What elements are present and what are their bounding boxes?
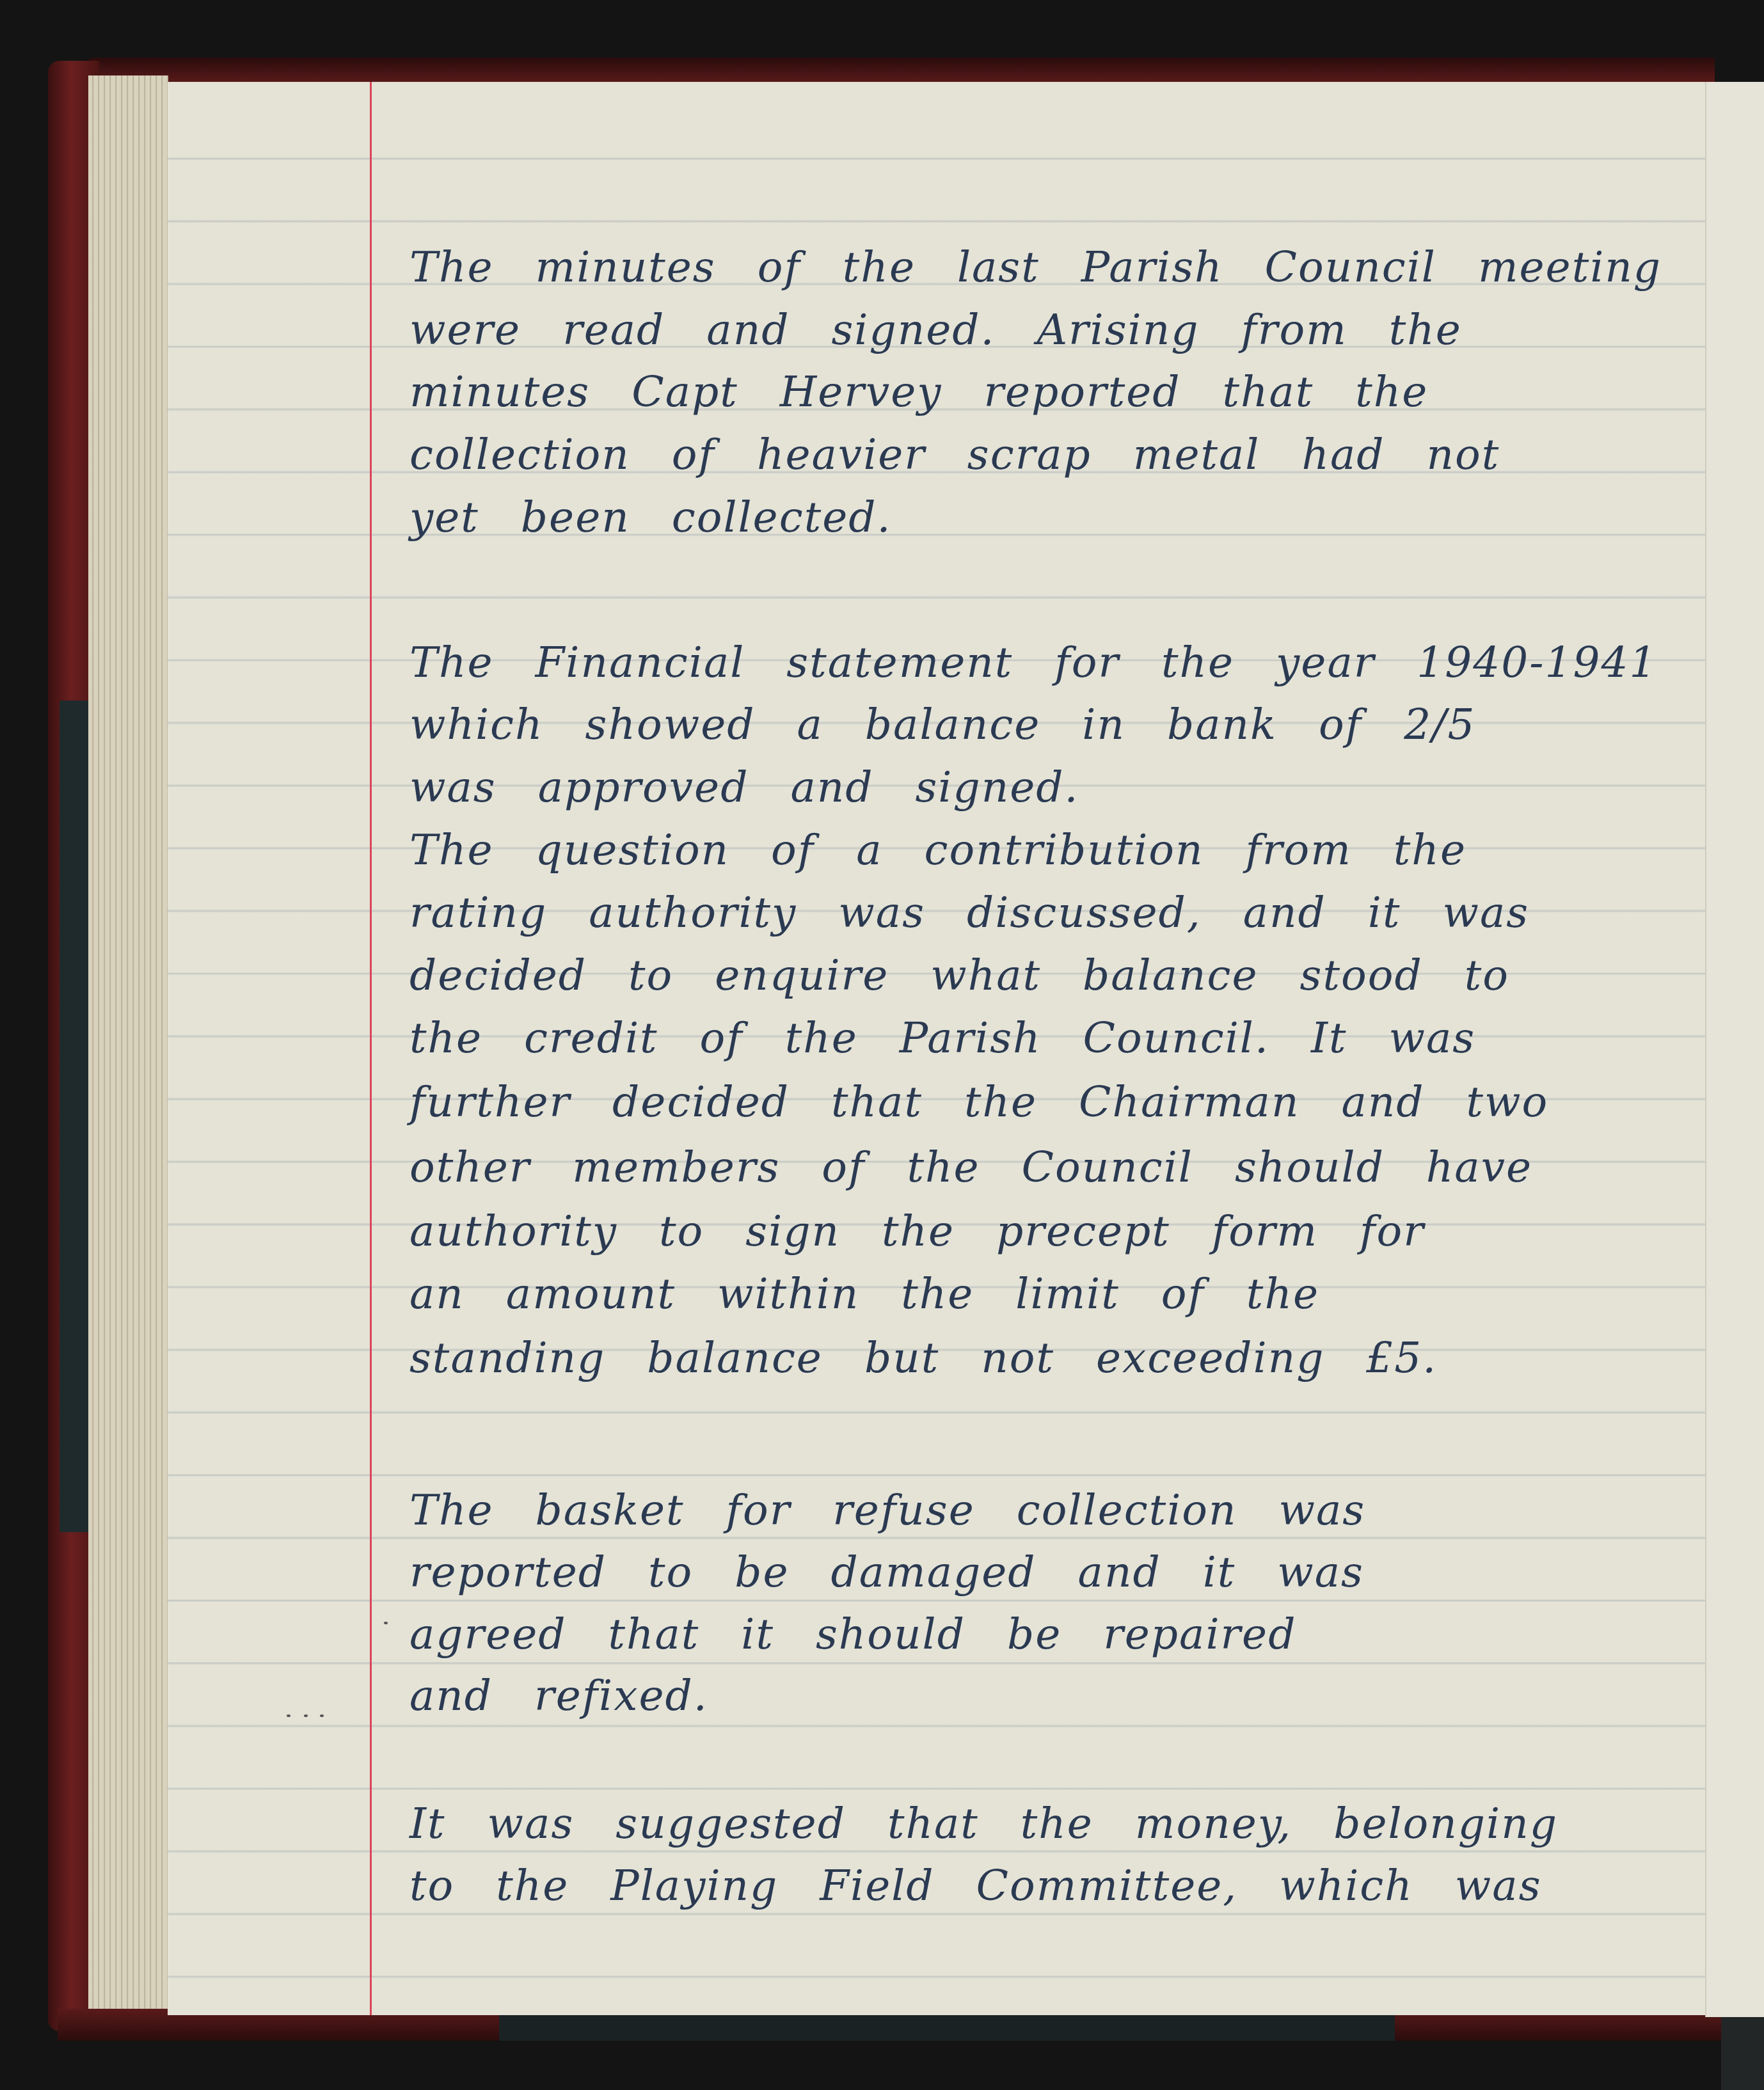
text-line: and refixed. — [409, 1675, 708, 1717]
text-line: were read and signed. Arising from the — [409, 309, 1462, 351]
text-line: decided to enquire what balance stood to — [409, 954, 1509, 997]
text-line: other members of the Council should have — [409, 1146, 1532, 1189]
text-line: which showed a balance in bank of 2/5 — [409, 704, 1475, 746]
text-line: an amount within the limit of the — [409, 1273, 1319, 1315]
text-line: minutes Capt Hervey reported that the — [409, 371, 1428, 413]
text-line: rating authority was discussed, and it w… — [409, 892, 1529, 934]
text-line: authority to sign the precept form for — [409, 1210, 1425, 1253]
ink-speck — [304, 1714, 308, 1717]
text-line: was approved and signed. — [409, 766, 1079, 809]
text-line: to the Playing Field Committee, which wa… — [409, 1865, 1542, 1907]
text-line: The question of a contribution from the — [409, 829, 1466, 871]
text-line: It was suggested that the money, belongi… — [409, 1803, 1558, 1845]
text-line: The basket for refuse collection was — [409, 1489, 1365, 1532]
book-top-edge — [90, 58, 1715, 83]
text-line: The Financial statement for the year 194… — [409, 642, 1658, 684]
text-line: yet been collected. — [409, 496, 891, 539]
text-line: standing balance but not exceeding £5. — [409, 1337, 1437, 1379]
text-line: the credit of the Parish Council. It was — [409, 1017, 1475, 1059]
ink-speck — [287, 1714, 290, 1717]
text-line: collection of heavier scrap metal had no… — [409, 434, 1500, 476]
text-line: further decided that the Chairman and tw… — [409, 1081, 1548, 1123]
margin-rule — [370, 82, 372, 2015]
text-line: agreed that it should be repaired — [409, 1613, 1296, 1656]
text-line: The minutes of the last Parish Council m… — [409, 246, 1662, 289]
facing-page-fold — [1705, 82, 1764, 2017]
text-line: reported to be damaged and it was — [409, 1551, 1364, 1594]
right-strip — [1721, 2015, 1764, 2090]
ink-speck — [320, 1714, 324, 1717]
page-stack-edge — [88, 75, 168, 2014]
ink-speck — [384, 1622, 388, 1624]
